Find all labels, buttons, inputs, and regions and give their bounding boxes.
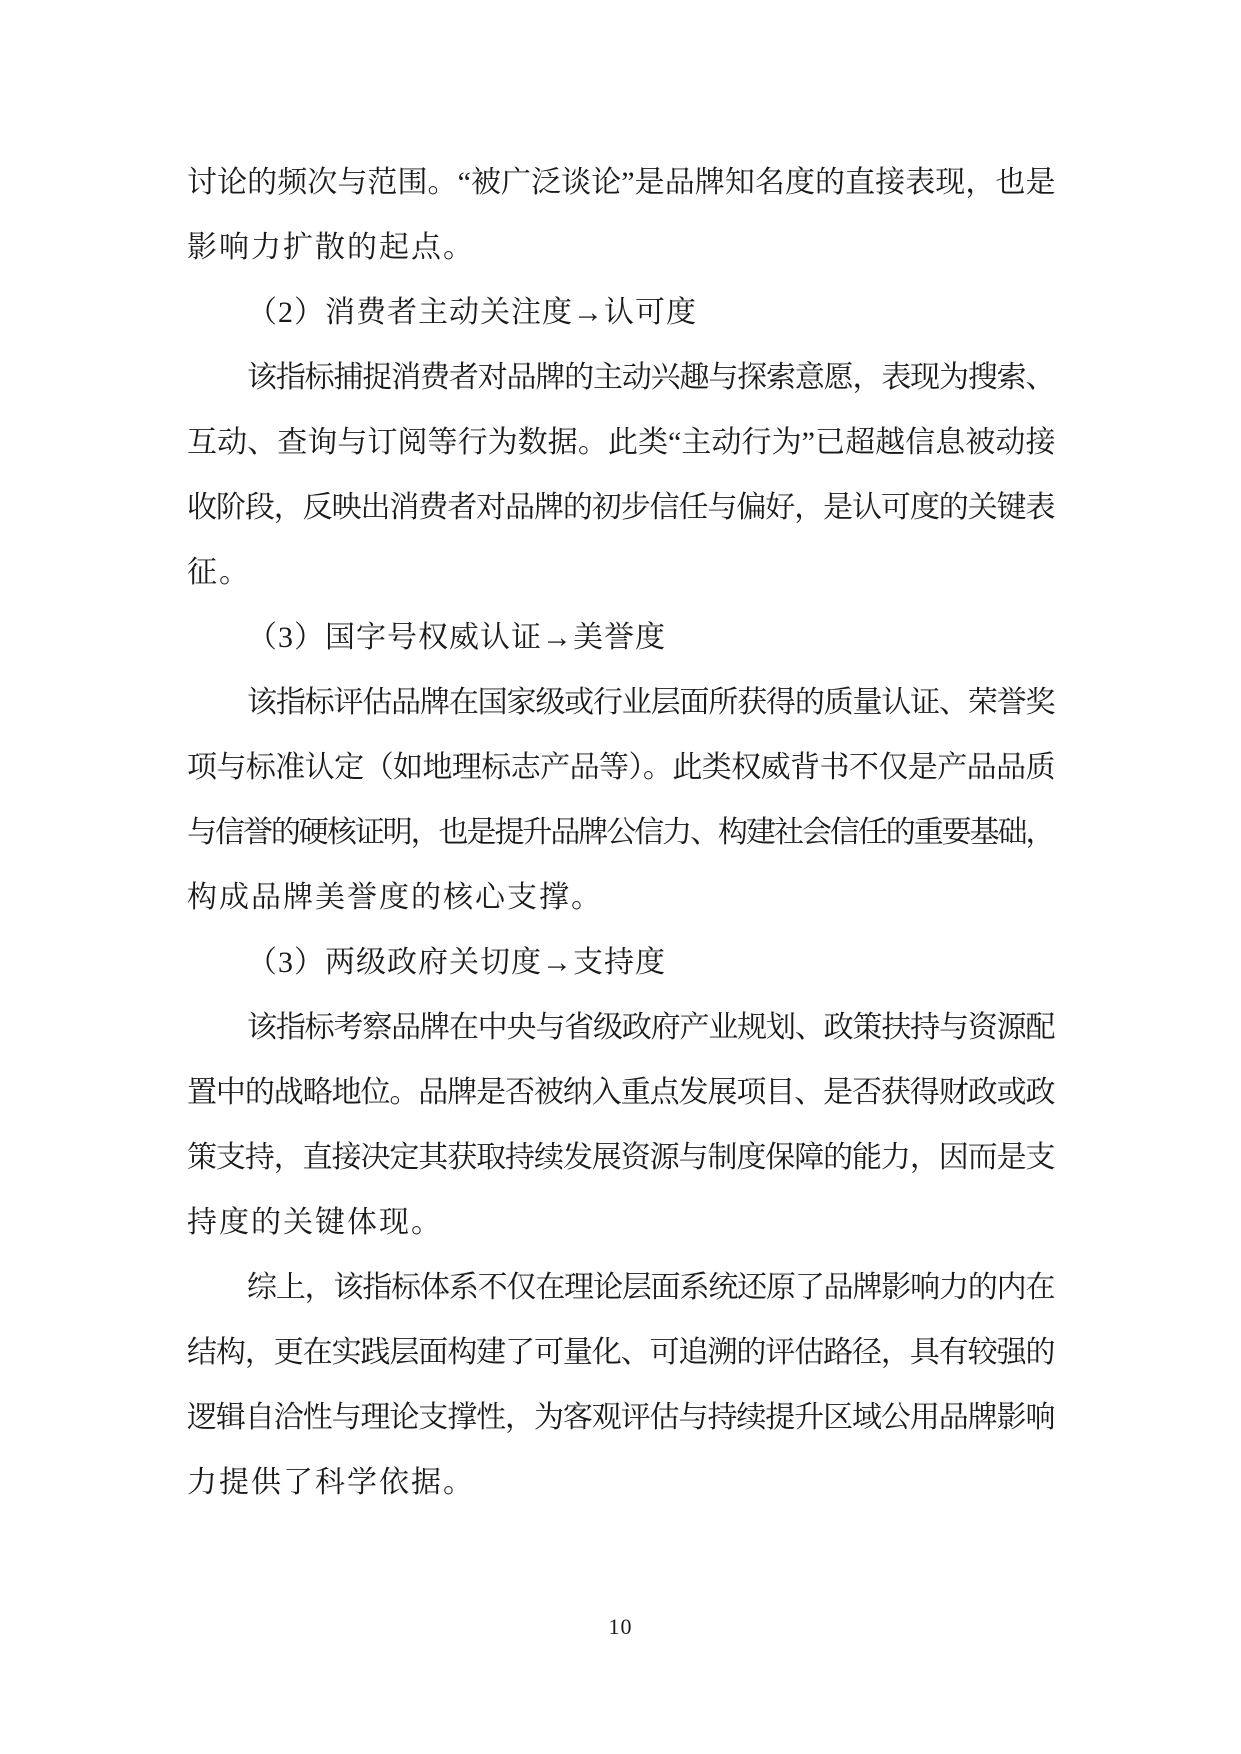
page-footer: 10 <box>0 1612 1241 1642</box>
section-heading: （3）两级政府关切度→支持度 <box>187 930 1053 995</box>
text-line: 综上，该指标体系不仅在理论层面系统还原了品牌影响力的内在 <box>187 1255 1053 1320</box>
text-line: 逻辑自洽性与理论支撑性，为客观评估与持续提升区域公用品牌影响 <box>187 1385 1053 1450</box>
text-line: 置中的战略地位。品牌是否被纳入重点发展项目、是否获得财政或政 <box>187 1060 1053 1125</box>
text-line: 征。 <box>187 540 1053 605</box>
text-line: 策支持，直接决定其获取持续发展资源与制度保障的能力，因而是支 <box>187 1125 1053 1190</box>
text-line: 讨论的频次与范围。“被广泛谈论”是品牌知名度的直接表现，也是 <box>187 150 1053 215</box>
text-line: 互动、查询与订阅等行为数据。此类“主动行为”已超越信息被动接 <box>187 410 1053 475</box>
document-body: 讨论的频次与范围。“被广泛谈论”是品牌知名度的直接表现，也是 影响力扩散的起点。… <box>187 150 1053 1515</box>
document-page: 讨论的频次与范围。“被广泛谈论”是品牌知名度的直接表现，也是 影响力扩散的起点。… <box>0 0 1241 1754</box>
text-line: 该指标考察品牌在中央与省级政府产业规划、政策扶持与资源配 <box>187 995 1053 1060</box>
page-number: 10 <box>609 1614 633 1639</box>
text-line: 影响力扩散的起点。 <box>187 215 1053 280</box>
text-line: 该指标捕捉消费者对品牌的主动兴趣与探索意愿，表现为搜索、 <box>187 345 1053 410</box>
text-line: 持度的关键体现。 <box>187 1190 1053 1255</box>
text-line: 与信誉的硬核证明，也是提升品牌公信力、构建社会信任的重要基础， <box>187 800 1053 865</box>
text-line: 结构，更在实践层面构建了可量化、可追溯的评估路径，具有较强的 <box>187 1320 1053 1385</box>
section-heading: （2）消费者主动关注度→认可度 <box>187 280 1053 345</box>
text-line: 收阶段，反映出消费者对品牌的初步信任与偏好，是认可度的关键表 <box>187 475 1053 540</box>
text-line: 构成品牌美誉度的核心支撑。 <box>187 865 1053 930</box>
text-line: 力提供了科学依据。 <box>187 1450 1053 1515</box>
text-line: 项与标准认定（如地理标志产品等）。此类权威背书不仅是产品品质 <box>187 735 1053 800</box>
text-line: 该指标评估品牌在国家级或行业层面所获得的质量认证、荣誉奖 <box>187 670 1053 735</box>
section-heading: （3）国字号权威认证→美誉度 <box>187 605 1053 670</box>
